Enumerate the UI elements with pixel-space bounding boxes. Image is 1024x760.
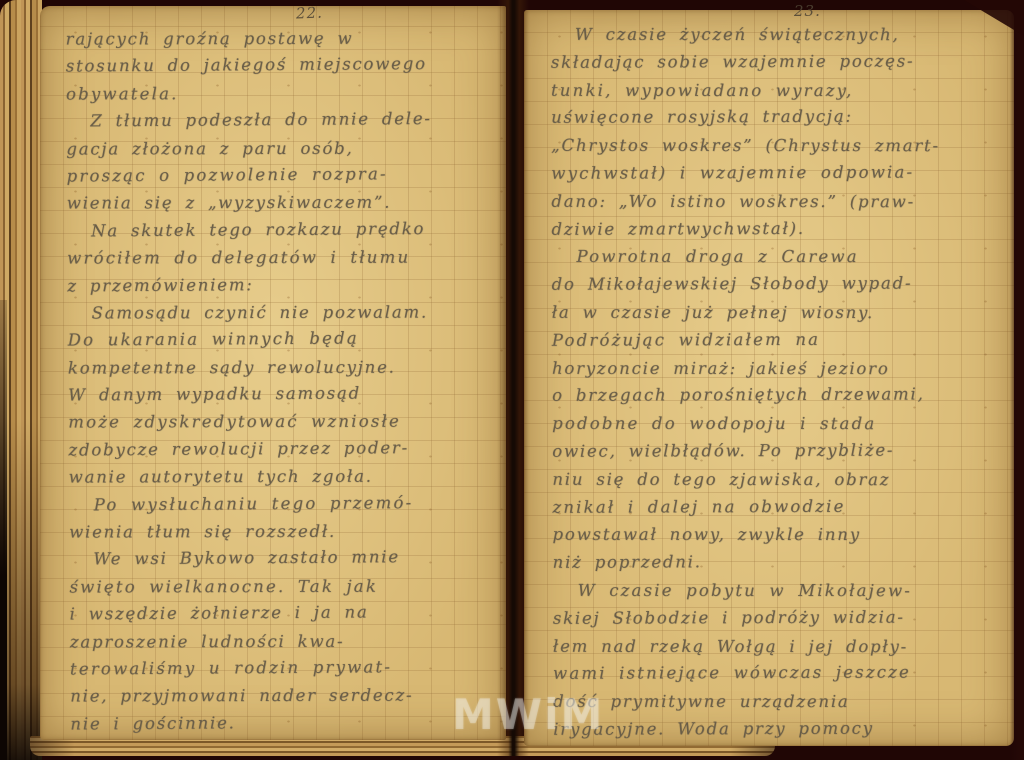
handwritten-line: może zdyskredytować wzniosłe xyxy=(68,408,504,437)
handwritten-text-left: rających groźną postawę wstosunku do jak… xyxy=(66,22,507,737)
handwritten-line: wienia się z „wyzyskiwaczem”. xyxy=(67,189,503,218)
handwritten-line: i wszędzie żołnierze i ja na xyxy=(70,598,506,628)
handwritten-line: niu się do tego zjawiska, obraz xyxy=(552,466,1008,494)
handwritten-line: Na skutek tego rozkazu prędko xyxy=(67,214,503,244)
handwritten-line: prosząc o pozwolenie rozpra- xyxy=(66,159,502,189)
handwritten-line: dano: „Wo istino woskres.” (praw- xyxy=(551,188,1007,216)
handwritten-line: ła w czasie już pełnej wiosny. xyxy=(552,299,1008,327)
handwritten-line: Z tłumu podeszła do mnie dele- xyxy=(66,105,502,135)
handwritten-line: obywatela. xyxy=(66,79,502,108)
handwritten-line: rających groźną postawę w xyxy=(66,24,502,53)
handwritten-line: znikał i dalej na obwodzie xyxy=(552,492,1008,521)
handwritten-line: nie, przyjmowani nader serdecz- xyxy=(70,682,506,711)
handwritten-line: powstawał nowy, zwykle inny xyxy=(553,521,1009,549)
handwritten-line: wanie autorytetu tych zgoła. xyxy=(69,463,505,492)
handwritten-line: tunki, wypowiadano wyrazy, xyxy=(551,76,1007,104)
handwritten-line: stosunku do jakiegoś miejscowego xyxy=(66,50,502,80)
handwritten-line: dość prymitywne urządzenia xyxy=(553,688,1009,716)
handwritten-line: skiej Słobodzie i podróży widzia- xyxy=(553,603,1009,632)
page-edge-stack-left xyxy=(0,0,42,760)
handwritten-line: wami istniejące wówczas jeszcze xyxy=(553,659,1009,688)
handwritten-line: terowaliśmy u rodzin prywat- xyxy=(70,652,506,682)
handwritten-line: Do ukarania winnych będą xyxy=(68,324,504,354)
handwritten-line: kompetentne sądy rewolucyjne. xyxy=(68,353,504,382)
handwritten-line: wienia tłum się rozszedł. xyxy=(69,517,505,546)
scanner-background-right xyxy=(1010,0,1024,760)
handwritten-line: horyzoncie miraż: jakieś jezioro xyxy=(552,354,1008,382)
handwritten-line: zaproszenie ludności kwa- xyxy=(70,627,506,656)
handwritten-line: W czasie pobytu w Mikołajew- xyxy=(553,577,1009,605)
handwritten-text-right: W czasie życzeń świątecznych,składając s… xyxy=(551,19,1010,743)
handwritten-line: składając sobie wzajemnie poczęs- xyxy=(551,47,1007,76)
page-number-right: 23. xyxy=(794,2,821,20)
handwritten-line: łem nad rzeką Wołgą i jej dopły- xyxy=(553,632,1009,660)
handwritten-line: Samosądu czynić nie pozwalam. xyxy=(67,298,503,327)
handwritten-line: uświęcone rosyjską tradycją: xyxy=(551,103,1007,132)
handwritten-line: wychwstał) i wzajemnie odpowia- xyxy=(551,158,1007,187)
page-number-left: 22. xyxy=(296,4,323,23)
handwritten-line: „Chrystos woskres” (Chrystus zmart- xyxy=(551,132,1007,160)
handwritten-line: podobne do wodopoju i stada xyxy=(552,410,1008,438)
handwritten-line: Po wysłuchaniu tego przemó- xyxy=(69,488,505,518)
handwritten-line: wróciłem do delegatów i tłumu xyxy=(67,244,503,273)
handwritten-line: We wsi Bykowo zastało mnie xyxy=(69,543,505,573)
handwritten-line: z przemówieniem: xyxy=(67,269,503,299)
notebook-scan: 22. 23. rających groźną postawę wstosunk… xyxy=(0,0,1024,760)
handwritten-line: nie i gościnnie. xyxy=(70,707,506,737)
handwritten-line: owiec, wielbłądów. Po przybliże- xyxy=(552,436,1008,465)
handwritten-line: W czasie życzeń świątecznych, xyxy=(551,21,1007,49)
handwritten-line: niż poprzedni. xyxy=(553,547,1009,576)
handwritten-line: irygacyjne. Woda przy pomocy xyxy=(553,714,1009,743)
handwritten-line: do Mikołajewskiej Słobody wypad- xyxy=(552,269,1008,298)
handwritten-line: o brzegach porośniętych drzewami, xyxy=(552,381,1008,410)
handwritten-line: Powrotna droga z Carewa xyxy=(552,243,1008,271)
handwritten-line: W danym wypadku samosąd xyxy=(68,379,504,409)
handwritten-line: święto wielkanocne. Tak jak xyxy=(69,572,505,601)
handwritten-line: dziwie zmartwychwstał). xyxy=(551,214,1007,243)
handwritten-line: zdobycze rewolucji przez poder- xyxy=(68,433,504,463)
handwritten-line: Podróżując widziałem na xyxy=(552,325,1008,354)
handwritten-line: gacja złożona z paru osób, xyxy=(66,134,502,163)
